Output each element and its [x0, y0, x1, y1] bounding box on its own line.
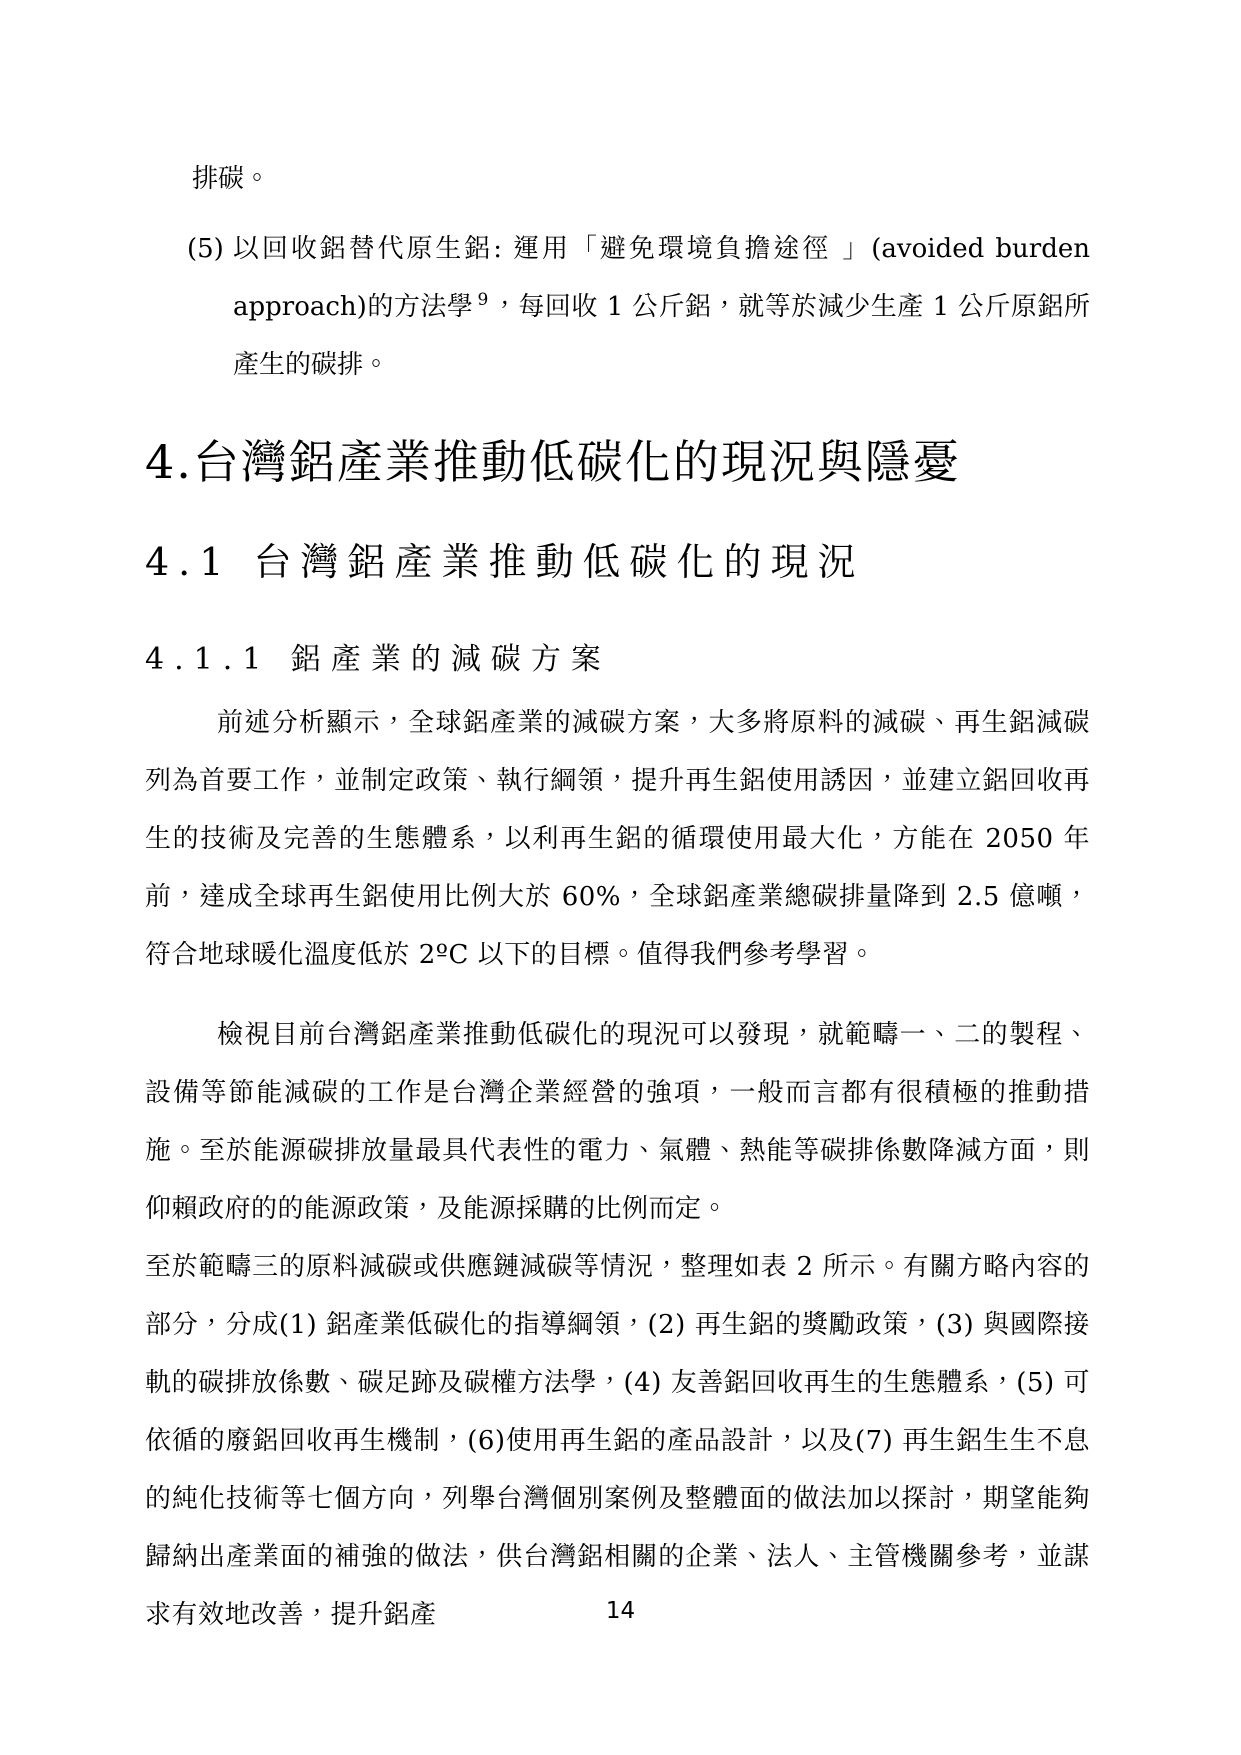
page-number: 14 — [0, 1598, 1241, 1624]
list-item-5: (5) 以回收鋁替代原生鋁: 運用「避免環境負擔途徑 」(avoided bur… — [145, 220, 1090, 394]
list-item-marker: (5) — [187, 220, 224, 278]
section-heading-4: 4.台灣鋁產業推動低碳化的現況與隱憂 — [145, 434, 1090, 492]
paragraph-1: 前述分析顯示，全球鋁產業的減碳方案，大多將原料的減碳、再生鋁減碳列為首要工作，並… — [145, 694, 1090, 984]
section-heading-4-1: 4.1 台灣鋁產業推動低碳化的現況 — [145, 537, 1090, 588]
section-heading-4-1-1: 4.1.1 鋁產業的減碳方案 — [145, 640, 1090, 679]
previous-item-trailing-line: 排碳。 — [192, 150, 1090, 208]
footnote-reference-9: 9 — [477, 290, 488, 310]
paragraph-2: 檢視目前台灣鋁產業推動低碳化的現況可以發現，就範疇一、二的製程、設備等節能減碳的… — [145, 1006, 1090, 1238]
paragraph-3: 至於範疇三的原料減碳或供應鏈減碳等情況，整理如表 2 所示。有關方略內容的部分，… — [145, 1238, 1090, 1644]
document-page: 排碳。 (5) 以回收鋁替代原生鋁: 運用「避免環境負擔途徑 」(avoided… — [0, 0, 1241, 1755]
document-content: 排碳。 (5) 以回收鋁替代原生鋁: 運用「避免環境負擔途徑 」(avoided… — [145, 150, 1090, 1644]
